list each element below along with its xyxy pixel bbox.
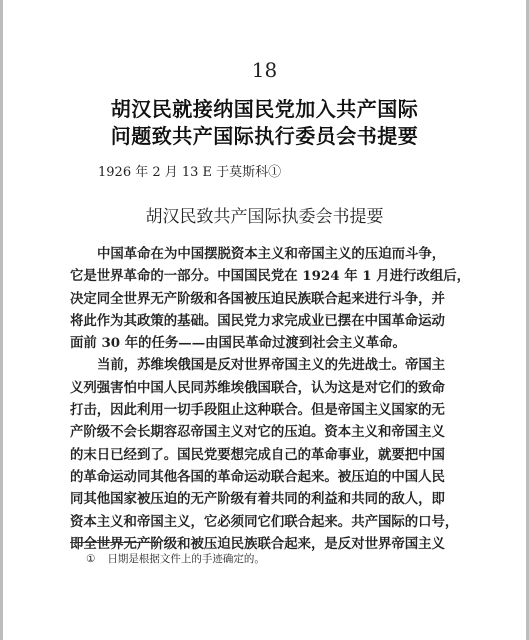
chapter-number: 18 (0, 58, 529, 82)
footnote: ①日期是根据文件上的手迹确定的。 (86, 551, 265, 566)
body-line: 将此作为其政策的基础。国民党力求完成业已摆在中国革命运动 (70, 310, 442, 332)
body-line: 打击，因此利用一切手段阻止这种联合。但是帝国主义国家的无 (70, 399, 442, 421)
footnote-text: 日期是根据文件上的手迹确定的。 (107, 553, 265, 565)
date-line: 1926 年 2 月 13 E 于莫斯科① (98, 161, 281, 180)
body-line: 面前 30 年的任务——由国民革命过渡到社会主义革命。 (70, 332, 442, 354)
document-title-line-1: 胡汉民就接纳国民党加入共产国际 (0, 93, 529, 122)
body-line: 当前，苏维埃俄国是反对世界帝国主义的先进战士。帝国主 (70, 354, 442, 376)
body-line: 资本主义和帝国主义，它必须同它们联合起来。共产国际的口号， (70, 511, 442, 533)
body-line: 的末日已经到了。国民党要想完成自己的革命事业，就要把中国 (70, 444, 442, 466)
document-title-line-2: 问题致共产国际执行委员会书提要 (0, 120, 529, 149)
subtitle: 胡汉民致共产国际执委会书提要 (0, 202, 529, 227)
body-text: 中国革命在为中国摆脱资本主义和帝国主义的压迫而斗争， 它是世界革命的一部分。中国… (70, 243, 442, 555)
body-line: 同其他国家被压迫的无产阶级有着共同的利益和共同的敌人，即 (70, 488, 442, 510)
body-line: 产阶级不会长期容忍帝国主义对它的压迫。资本主义和帝国主义 (70, 421, 442, 443)
body-line: 的革命运动同其他各国的革命运动联合起来。被压迫的中国人民 (70, 466, 442, 488)
body-line: 决定同全世界无产阶级和各国被压迫民族联合起来进行斗争，并 (70, 288, 442, 310)
body-line: 它是世界革命的一部分。中国国民党在 1924 年 1 月进行改组后， (70, 265, 442, 287)
footnote-mark: ① (86, 553, 95, 565)
body-line: 义列强害怕中国人民同苏维埃俄国联合，认为这是对它们的致命 (70, 377, 442, 399)
footnote-rule (70, 542, 160, 543)
body-line: 中国革命在为中国摆脱资本主义和帝国主义的压迫而斗争， (70, 243, 442, 265)
